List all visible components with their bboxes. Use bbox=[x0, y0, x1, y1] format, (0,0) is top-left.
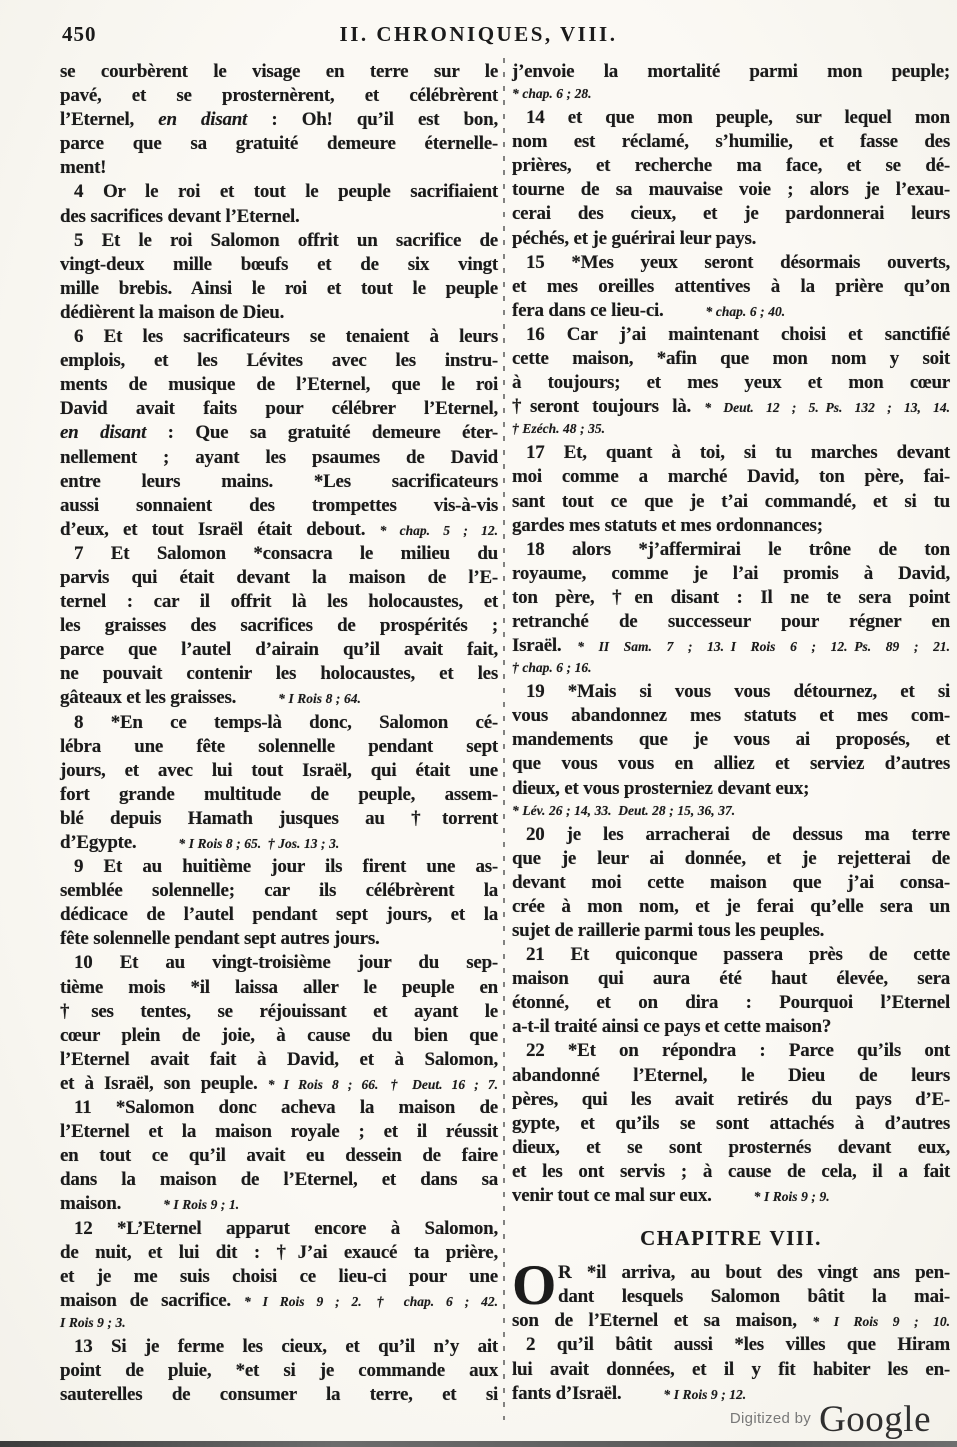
right-text-column: j’envoie la mortalité parmi mon peuple;*… bbox=[512, 60, 950, 1406]
text-segment: étonné, et on dira : Pourquoi l’Eternel bbox=[512, 992, 950, 1013]
text-segment: †seront toujours là. bbox=[512, 396, 704, 417]
chapter-heading: CHAPITRE VIII. bbox=[512, 1221, 950, 1255]
text-segment: fants d’Israël. bbox=[512, 1383, 621, 1404]
text-segment: dieux, et se sont prosternés devant eux, bbox=[512, 1137, 950, 1158]
text-segment: dans la maison de l’Eternel, et dans sa bbox=[60, 1169, 498, 1190]
text-line: 14 et que mon peuple, sur lequel mon bbox=[512, 106, 950, 130]
text-line: nom est réclamé, s’humilie, et fasse des bbox=[512, 130, 950, 154]
digitized-by-label: Digitized by bbox=[730, 1410, 811, 1427]
text-line: maison qui aura été haut élevée, sera bbox=[512, 967, 950, 991]
text-segment: gypte, et qu’ils se sont attachés à d’au… bbox=[512, 1113, 950, 1134]
text-line: et je me suis choisi ce lieu-ci pour une bbox=[60, 1265, 498, 1289]
text-segment: nellement ; ayant les psaumes de David bbox=[60, 447, 498, 468]
text-line: que vous vous en alliez et serviez d’aut… bbox=[512, 752, 950, 776]
text-line: en tout ce qu’il avait eu dessein de fai… bbox=[60, 1144, 498, 1168]
text-segment: royaume, comme je l’ai promis à David, bbox=[512, 563, 950, 584]
text-line: 8 *En ce temps-là donc, Salomon cé- bbox=[60, 711, 498, 735]
text-line: 20 je les arracherai de dessus ma terre bbox=[512, 823, 950, 847]
text-segment: parce que sa gratuité demeure éternelle- bbox=[60, 133, 498, 154]
text-line: d’Egypte.* I Rois 8 ; 65. † Jos. 13 ; 3. bbox=[60, 831, 498, 855]
text-segment: maison de sacrifice. bbox=[60, 1290, 244, 1311]
text-segment: entre leurs mains. *Les sacrificateurs bbox=[60, 471, 498, 492]
text-line: 2 qu’il bâtit aussi *les villes que Hira… bbox=[512, 1333, 950, 1357]
text-segment: lui avait données, et il y fit habiter l… bbox=[512, 1359, 950, 1380]
text-line: de nuit, et lui dit : †J’ai exaucé ta pr… bbox=[60, 1241, 498, 1265]
text-segment: 18 alors *j’affermirai le trône de ton bbox=[526, 539, 950, 560]
text-segment: pavé, et se prosternèrent, et célébrèren… bbox=[60, 85, 498, 106]
text-segment: 2 qu’il bâtit aussi *les villes que Hira… bbox=[526, 1334, 950, 1355]
text-line: vingt-deux mille bœufs et de six vingt bbox=[60, 253, 498, 277]
text-segment: l’Eternel et la maison royale ; et il ré… bbox=[60, 1121, 498, 1142]
text-segment: dédièrent la maison de Dieu. bbox=[60, 302, 284, 323]
text-line: tourne de sa mauvaise voie ; alors je l’… bbox=[512, 178, 950, 202]
text-segment: Israël. bbox=[512, 635, 577, 656]
text-line: entre leurs mains. *Les sacrificateurs bbox=[60, 470, 498, 494]
text-line: pavé, et se prosternèrent, et célébrèren… bbox=[60, 84, 498, 108]
text-segment: d’Egypte. bbox=[60, 832, 136, 853]
text-line: pères, qui les avait retirés du pays d’E… bbox=[512, 1088, 950, 1112]
text-line: 16 Car j’ai maintenant choisi et sanctif… bbox=[512, 323, 950, 347]
text-line: dant lesquels Salomon bâtit la mai- bbox=[512, 1285, 950, 1309]
text-segment: son de l’Eternel et sa maison, bbox=[512, 1310, 812, 1331]
text-segment: mandements que je vous ai proposés, et bbox=[512, 729, 950, 750]
text-line: fera dans ce lieu-ci.* chap. 6 ; 40. bbox=[512, 299, 950, 323]
text-line: dieux, et se sont prosternés devant eux, bbox=[512, 1136, 950, 1160]
text-line: a-t-il traité ainsi ce pays et cette mai… bbox=[512, 1015, 950, 1039]
text-segment: blé depuis Hamath jusques au †torrent bbox=[60, 808, 498, 829]
text-line: tième mois *il laissa aller le peuple en bbox=[60, 976, 498, 1000]
text-segment: sauterelles de consumer la terre, et si bbox=[60, 1384, 498, 1405]
text-line: parvis qui était devant la maison de l’E… bbox=[60, 566, 498, 590]
text-line: sujet de raillerie parmi tous les peuple… bbox=[512, 919, 950, 943]
text-line: * chap. 6 ; 28. bbox=[512, 84, 950, 106]
text-line: l’Eternel et la maison royale ; et il ré… bbox=[60, 1120, 498, 1144]
text-line: mandements que je vous ai proposés, et bbox=[512, 728, 950, 752]
text-line: nellement ; ayant les psaumes de David bbox=[60, 446, 498, 470]
text-line: 11 *Salomon donc acheva la maison de bbox=[60, 1096, 498, 1120]
text-segment: que je leur ai donnée, et je rejetterai … bbox=[512, 848, 950, 869]
text-segment: sujet de raillerie parmi tous les peuple… bbox=[512, 920, 824, 941]
text-segment: devant moi cette maison que j’ai consa- bbox=[512, 872, 950, 893]
text-segment: et à Israël, son peuple. bbox=[60, 1073, 268, 1094]
text-line: ne pouvait contenir les holocaustes, et … bbox=[60, 662, 498, 686]
text-segment: 20 je les arracherai de dessus ma terre bbox=[526, 824, 950, 845]
text-segment: prières, et recherche ma face, et se dé- bbox=[512, 155, 950, 176]
text-segment: l’Eternel avait fait à David, et à Salom… bbox=[60, 1049, 498, 1070]
text-line: en disant : Que sa gratuité demeure éter… bbox=[60, 421, 498, 445]
text-segment: emplois, et les Lévites avec les instru- bbox=[60, 350, 498, 371]
text-line: cerai des cieux, et je pardonnerai leurs bbox=[512, 202, 950, 226]
text-line: 18 alors *j’affermirai le trône de ton bbox=[512, 538, 950, 562]
text-segment: l’Eternel, bbox=[60, 109, 158, 130]
text-line: j’envoie la mortalité parmi mon peuple; bbox=[512, 60, 950, 84]
text-line: ton père, †en disant : Il ne te sera poi… bbox=[512, 586, 950, 610]
text-segment: gardes mes statuts et mes ordonnances; bbox=[512, 515, 823, 536]
text-segment: jours, et avec lui tout Israël, qui étai… bbox=[60, 760, 498, 781]
text-line: prières, et recherche ma face, et se dé- bbox=[512, 154, 950, 178]
page-header: 450 II. CHRONIQUES, VIII. bbox=[0, 22, 957, 52]
text-line: les graisses des sacrifices de prospérit… bbox=[60, 614, 498, 638]
text-segment: vingt-deux mille bœufs et de six vingt bbox=[60, 254, 498, 275]
text-segment: 5 Et le roi Salomon offrit un sacrifice … bbox=[74, 230, 498, 251]
column-divider-rule bbox=[503, 58, 505, 1420]
text-line: parce que l’autel d’airain qu’il avait f… bbox=[60, 638, 498, 662]
text-segment: David avait faits pour célébrer l’Eterne… bbox=[60, 398, 498, 419]
text-segment: lébra une fête solennelle pendant sept bbox=[60, 736, 498, 757]
text-segment: à toujours; et mes yeux et mon cœur bbox=[512, 372, 950, 393]
text-line: parce que sa gratuité demeure éternelle- bbox=[60, 132, 498, 156]
text-segment: nom est réclamé, s’humilie, et fasse des bbox=[512, 131, 950, 152]
text-segment: ternel : car il offrit là les holocauste… bbox=[60, 591, 498, 612]
text-segment: dédicace de l’autel pendant sept jours, … bbox=[60, 904, 498, 925]
text-line: péchés, et je guérirai leur pays. bbox=[512, 227, 950, 251]
text-segment: dieux, et vous prosterniez devant eux; bbox=[512, 778, 809, 799]
text-segment: 4 Or le roi et tout le peuple sacrifiaie… bbox=[74, 181, 498, 202]
text-segment: et je me suis choisi ce lieu-ci pour une bbox=[60, 1266, 498, 1287]
text-segment: ne pouvait contenir les holocaustes, et … bbox=[60, 663, 498, 684]
text-line: blé depuis Hamath jusques au †torrent bbox=[60, 807, 498, 831]
text-line: 21 Et quiconque passera près de cette bbox=[512, 943, 950, 967]
text-segment: 10 Et au vingt-troisième jour du sep- bbox=[74, 952, 498, 973]
text-segment: 15 *Mes yeux seront désormais ouverts, bbox=[526, 252, 950, 273]
text-line: devant moi cette maison que j’ai consa- bbox=[512, 871, 950, 895]
text-segment: 12 *L’Eternel apparut encore à Salomon, bbox=[74, 1218, 498, 1239]
text-line: venir tout ce mal sur eux.* I Rois 9 ; 9… bbox=[512, 1184, 950, 1208]
text-segment: et mes oreilles attentives à la prière q… bbox=[512, 276, 950, 297]
text-line: gypte, et qu’ils se sont attachés à d’au… bbox=[512, 1112, 950, 1136]
text-line: R *il arriva, au bout des vingt ans pen-… bbox=[512, 1261, 950, 1285]
text-line: retranché de successeur pour régner en bbox=[512, 610, 950, 634]
text-line: 12 *L’Eternel apparut encore à Salomon, bbox=[60, 1217, 498, 1241]
text-line: 15 *Mes yeux seront désormais ouverts, bbox=[512, 251, 950, 275]
text-line: et les ont servis ; à cause de cela, il … bbox=[512, 1160, 950, 1184]
text-segment: en tout ce qu’il avait eu dessein de fai… bbox=[60, 1145, 498, 1166]
cross-reference: * I Rois 8 ; 65. † Jos. 13 ; 3. bbox=[178, 836, 339, 851]
cross-reference: I Rois 9 ; 3. bbox=[60, 1315, 126, 1330]
text-segment: crée à mon nom, et je ferai qu’elle sera… bbox=[512, 896, 950, 917]
text-segment: gâteaux et les graisses. bbox=[60, 687, 236, 708]
text-line: Israël. * II Sam. 7 ; 13. I Rois 6 ; 12.… bbox=[512, 634, 950, 658]
text-segment: 19 *Mais si vous vous détournez, et si bbox=[526, 681, 950, 702]
text-line: †ses tentes, se réjouissant et ayant le bbox=[60, 1000, 498, 1024]
text-segment: R *il arriva, au bout des vingt ans pen- bbox=[558, 1262, 950, 1283]
text-line: crée à mon nom, et je ferai qu’elle sera… bbox=[512, 895, 950, 919]
text-line: lui avait données, et il y fit habiter l… bbox=[512, 1358, 950, 1382]
text-line: fort grande multitude de peuple, assem- bbox=[60, 783, 498, 807]
text-segment: pères, qui les avait retirés du pays d’E… bbox=[512, 1089, 950, 1110]
text-line: emplois, et les Lévites avec les instru- bbox=[60, 349, 498, 373]
scanned-bible-page: { "page": { "number": "450", "header": "… bbox=[0, 0, 957, 1447]
cross-reference: * I Rois 8 ; 64. bbox=[278, 691, 361, 706]
text-line: se courbèrent le visage en terre sur le bbox=[60, 60, 498, 84]
text-segment: 8 *En ce temps-là donc, Salomon cé- bbox=[74, 712, 498, 733]
text-line: sant tout ce que je t’ai commandé, et si… bbox=[512, 490, 950, 514]
text-segment: en disant bbox=[60, 422, 146, 443]
text-segment: fête solennelle pendant sept autres jour… bbox=[60, 928, 379, 949]
cross-reference: * chap. 6 ; 40. bbox=[706, 304, 786, 319]
text-line: dieux, et vous prosterniez devant eux; bbox=[512, 777, 950, 801]
text-segment: ment! bbox=[60, 157, 106, 178]
text-segment: 6 Et les sacrificateurs se tenaient à le… bbox=[74, 326, 498, 347]
text-line: ments de musique de l’Eternel, que le ro… bbox=[60, 373, 498, 397]
cross-reference: † chap. 6 ; 16. bbox=[512, 660, 592, 675]
text-line: à toujours; et mes yeux et mon cœur bbox=[512, 371, 950, 395]
text-line: dédièrent la maison de Dieu. bbox=[60, 301, 498, 325]
text-segment: maison qui aura été haut élevée, sera bbox=[512, 968, 950, 989]
text-segment: se courbèrent le visage en terre sur le bbox=[60, 61, 498, 82]
text-segment: de nuit, et lui dit : †J’ai exaucé ta pr… bbox=[60, 1242, 498, 1263]
text-line: que je leur ai donnée, et je rejetterai … bbox=[512, 847, 950, 871]
text-line: ment! bbox=[60, 156, 498, 180]
cross-reference: * chap. 5 ; 12. bbox=[380, 523, 498, 538]
text-line: étonné, et on dira : Pourquoi l’Eternel bbox=[512, 991, 950, 1015]
text-line: et mes oreilles attentives à la prière q… bbox=[512, 275, 950, 299]
text-line: sauterelles de consumer la terre, et si bbox=[60, 1383, 498, 1407]
text-segment: parvis qui était devant la maison de l’E… bbox=[60, 567, 498, 588]
text-segment: fort grande multitude de peuple, assem- bbox=[60, 784, 498, 805]
text-segment: a-t-il traité ainsi ce pays et cette mai… bbox=[512, 1016, 831, 1037]
text-line: cette maison, *afin que mon nom y soit bbox=[512, 347, 950, 371]
text-line: cœur plein de joie, à cause du bien que bbox=[60, 1024, 498, 1048]
text-segment: 16 Car j’ai maintenant choisi et sanctif… bbox=[526, 324, 950, 345]
cross-reference: * I Rois 8 ; 66. † Deut. 16 ; 7. bbox=[268, 1077, 498, 1092]
text-line: dédicace de l’autel pendant sept jours, … bbox=[60, 903, 498, 927]
text-line: maison.* I Rois 9 ; 1. bbox=[60, 1192, 498, 1216]
text-line: des sacrifices devant l’Eternel. bbox=[60, 205, 498, 229]
text-segment: semblée solennelle; car ils célébrèrent … bbox=[60, 880, 498, 901]
text-line: 13 Si je ferme les cieux, et qu’il n’y a… bbox=[60, 1335, 498, 1359]
cross-reference: * Lév. 26 ; 14, 33. Deut. 28 ; 15, 36, 3… bbox=[512, 803, 735, 818]
text-segment: cœur plein de joie, à cause du bien que bbox=[60, 1025, 498, 1046]
text-segment: parce que l’autel d’airain qu’il avait f… bbox=[60, 639, 498, 660]
text-segment: vous abandonnez mes statuts et mes com- bbox=[512, 705, 950, 726]
text-segment: fera dans ce lieu-ci. bbox=[512, 300, 664, 321]
text-line: 4 Or le roi et tout le peuple sacrifiaie… bbox=[60, 180, 498, 204]
text-line: 10 Et au vingt-troisième jour du sep- bbox=[60, 951, 498, 975]
text-segment: péchés, et je guérirai leur pays. bbox=[512, 228, 756, 249]
text-line: royaume, comme je l’ai promis à David, bbox=[512, 562, 950, 586]
text-line: fête solennelle pendant sept autres jour… bbox=[60, 927, 498, 951]
text-segment: retranché de successeur pour régner en bbox=[512, 611, 950, 632]
text-segment: cette maison, *afin que mon nom y soit bbox=[512, 348, 950, 369]
text-line: †seront toujours là. * Deut. 12 ; 5. Ps.… bbox=[512, 395, 950, 419]
cross-reference: * I Rois 9 ; 2. † chap. 6 ; 42. bbox=[244, 1294, 498, 1309]
text-segment: 22 *Et on répondra : Parce qu’ils ont bbox=[526, 1040, 950, 1061]
cross-reference: * I Rois 9 ; 1. bbox=[163, 1197, 239, 1212]
text-segment: les graisses des sacrifices de prospérit… bbox=[60, 615, 498, 636]
text-line: l’Eternel avait fait à David, et à Salom… bbox=[60, 1048, 498, 1072]
text-line: 7 Et Salomon *consacra le milieu du bbox=[60, 542, 498, 566]
text-segment: mille brebis. Ainsi le roi et tout le pe… bbox=[60, 278, 498, 299]
left-text-column: se courbèrent le visage en terre sur lep… bbox=[60, 60, 498, 1407]
text-segment: des sacrifices devant l’Eternel. bbox=[60, 206, 300, 227]
text-segment: CHAPITRE VIII. bbox=[640, 1226, 822, 1250]
text-line: d’eux, et tout Israël était debout. * ch… bbox=[60, 518, 498, 542]
text-segment: 21 Et quiconque passera près de cette bbox=[526, 944, 950, 965]
text-line: † chap. 6 ; 16. bbox=[512, 658, 950, 680]
text-segment: aussi sonnaient des trompettes vis-à-vis bbox=[60, 495, 498, 516]
text-segment: 7 Et Salomon *consacra le milieu du bbox=[74, 543, 498, 564]
text-line: gâteaux et les graisses.* I Rois 8 ; 64. bbox=[60, 686, 498, 710]
text-line: I Rois 9 ; 3. bbox=[60, 1313, 498, 1335]
text-line: et à Israël, son peuple. * I Rois 8 ; 66… bbox=[60, 1072, 498, 1096]
text-segment: 11 *Salomon donc acheva la maison de bbox=[74, 1097, 498, 1118]
text-line: semblée solennelle; car ils célébrèrent … bbox=[60, 879, 498, 903]
text-line: aussi sonnaient des trompettes vis-à-vis bbox=[60, 494, 498, 518]
text-segment: cerai des cieux, et je pardonnerai leurs bbox=[512, 203, 950, 224]
google-books-watermark: Digitized byGoogle bbox=[730, 1398, 931, 1441]
text-segment: : Que sa gratuité demeure éter- bbox=[146, 422, 498, 443]
text-line: 22 *Et on répondra : Parce qu’ils ont bbox=[512, 1039, 950, 1063]
text-segment: 14 et que mon peuple, sur lequel mon bbox=[526, 107, 950, 128]
text-line: * Lév. 26 ; 14, 33. Deut. 28 ; 15, 36, 3… bbox=[512, 801, 950, 823]
text-line: 19 *Mais si vous vous détournez, et si bbox=[512, 680, 950, 704]
text-line: mille brebis. Ainsi le roi et tout le pe… bbox=[60, 277, 498, 301]
cross-reference: * Deut. 12 ; 5. Ps. 132 ; 13, 14. bbox=[704, 400, 950, 415]
text-segment: venir tout ce mal sur eux. bbox=[512, 1185, 712, 1206]
text-line: 5 Et le roi Salomon offrit un sacrifice … bbox=[60, 229, 498, 253]
text-segment: : Oh! qu’il est bon, bbox=[247, 109, 498, 130]
scan-bottom-edge bbox=[0, 1441, 957, 1447]
text-segment: ments de musique de l’Eternel, que le ro… bbox=[60, 374, 498, 395]
text-segment: 17 Et, quant à toi, si tu marches devant bbox=[526, 442, 950, 463]
text-segment: maison. bbox=[60, 1193, 121, 1214]
text-line: 17 Et, quant à toi, si tu marches devant bbox=[512, 441, 950, 465]
cross-reference: * I Rois 9 ; 9. bbox=[754, 1189, 830, 1204]
text-segment: en disant bbox=[158, 109, 247, 130]
text-line: ternel : car il offrit là les holocauste… bbox=[60, 590, 498, 614]
text-line: jours, et avec lui tout Israël, qui étai… bbox=[60, 759, 498, 783]
text-line: l’Eternel, en disant : Oh! qu’il est bon… bbox=[60, 108, 498, 132]
text-segment: et les ont servis ; à cause de cela, il … bbox=[512, 1161, 950, 1182]
text-line: son de l’Eternel et sa maison, * I Rois … bbox=[512, 1309, 950, 1333]
text-segment: abandonné l’Eternel, le Dieu de leurs bbox=[512, 1065, 950, 1086]
text-line: abandonné l’Eternel, le Dieu de leurs bbox=[512, 1064, 950, 1088]
text-segment: tourne de sa mauvaise voie ; alors je l’… bbox=[512, 179, 950, 200]
text-segment: j’envoie la mortalité parmi mon peuple; bbox=[512, 61, 950, 82]
text-segment: 9 Et au huitième jour ils firent une as- bbox=[74, 856, 498, 877]
text-line: 9 Et au huitième jour ils firent une as- bbox=[60, 855, 498, 879]
running-title: II. CHRONIQUES, VIII. bbox=[0, 22, 957, 47]
text-segment: ton père, †en disant : Il ne te sera poi… bbox=[512, 587, 950, 608]
google-logo: Google bbox=[819, 1399, 931, 1440]
text-line: point de pluie, *et si je commande aux bbox=[60, 1359, 498, 1383]
text-segment: que vous vous en alliez et serviez d’aut… bbox=[512, 753, 950, 774]
text-segment: d’eux, et tout Israël était debout. bbox=[60, 519, 380, 540]
text-segment: dant lesquels Salomon bâtit la mai- bbox=[558, 1286, 950, 1307]
text-segment: 13 Si je ferme les cieux, et qu’il n’y a… bbox=[74, 1336, 498, 1357]
text-line: gardes mes statuts et mes ordonnances; bbox=[512, 514, 950, 538]
text-line: † Ezéch. 48 ; 35. bbox=[512, 419, 950, 441]
text-segment: tième mois *il laissa aller le peuple en bbox=[60, 977, 498, 998]
cross-reference: * chap. 6 ; 28. bbox=[512, 86, 592, 101]
text-line: David avait faits pour célébrer l’Eterne… bbox=[60, 397, 498, 421]
text-line: lébra une fête solennelle pendant sept bbox=[60, 735, 498, 759]
text-segment: moi comme a marché David, ton père, fai- bbox=[512, 466, 950, 487]
cross-reference: * I Rois 9 ; 10. bbox=[812, 1314, 950, 1329]
drop-cap: O bbox=[512, 1261, 556, 1311]
text-line: 6 Et les sacrificateurs se tenaient à le… bbox=[60, 325, 498, 349]
cross-reference: * II Sam. 7 ; 13. I Rois 6 ; 12. Ps. 89 … bbox=[577, 639, 950, 654]
text-segment: point de pluie, *et si je commande aux bbox=[60, 1360, 498, 1381]
text-line: vous abandonnez mes statuts et mes com- bbox=[512, 704, 950, 728]
cross-reference: † Ezéch. 48 ; 35. bbox=[512, 421, 605, 436]
text-segment: †ses tentes, se réjouissant et ayant le bbox=[60, 1001, 498, 1022]
text-line: maison de sacrifice. * I Rois 9 ; 2. † c… bbox=[60, 1289, 498, 1313]
text-line: moi comme a marché David, ton père, fai- bbox=[512, 465, 950, 489]
text-line: dans la maison de l’Eternel, et dans sa bbox=[60, 1168, 498, 1192]
text-segment: sant tout ce que je t’ai commandé, et si… bbox=[512, 491, 950, 512]
